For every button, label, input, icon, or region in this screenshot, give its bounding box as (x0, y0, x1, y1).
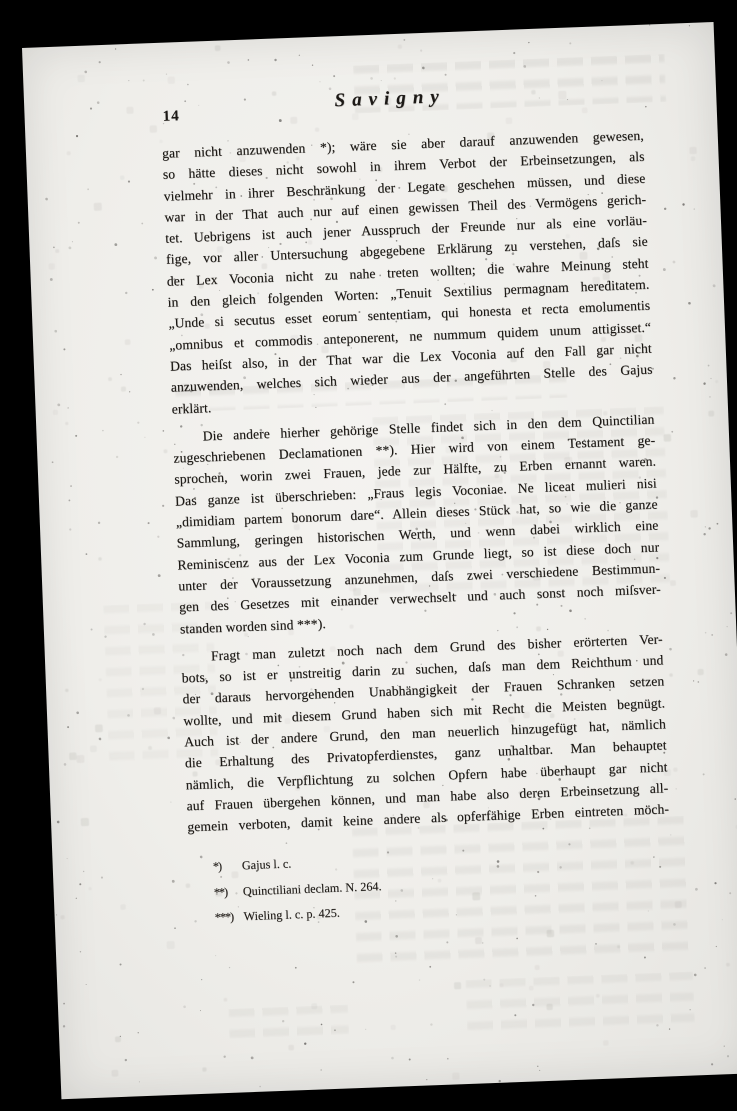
footnotes: *) Gajus l. c.**) Quinctiliani declam. N… (213, 843, 646, 936)
ghost-bleed (228, 1004, 349, 1038)
ghost-bleed (465, 971, 695, 1038)
paragraph: Die andere hierher gehörige Stelle finde… (172, 408, 662, 639)
footnote-marker: **) (214, 884, 241, 900)
footnote-text: Wieling l. c. p. 425. (240, 906, 340, 924)
paragraph: Fragt man zuletzt noch nach dem Grund de… (181, 628, 670, 838)
footnote-marker: *) (213, 858, 240, 874)
footnote-marker: ***) (214, 909, 241, 925)
paragraph: gar nicht anzuwenden *); wäre sie aber d… (162, 125, 654, 420)
book-page: 14 Savigny gar nicht anzuwenden *); wäre… (22, 22, 737, 1099)
scan-background: { "page": { "number": "14", "running_tit… (0, 0, 737, 1111)
footnote-text: Gajus l. c. (239, 856, 292, 872)
page-header: 14 Savigny (160, 77, 643, 135)
running-title: Savigny (160, 80, 621, 119)
body-text: gar nicht anzuwenden *); wäre sie aber d… (162, 125, 670, 838)
bleed-through-layer (22, 22, 714, 48)
